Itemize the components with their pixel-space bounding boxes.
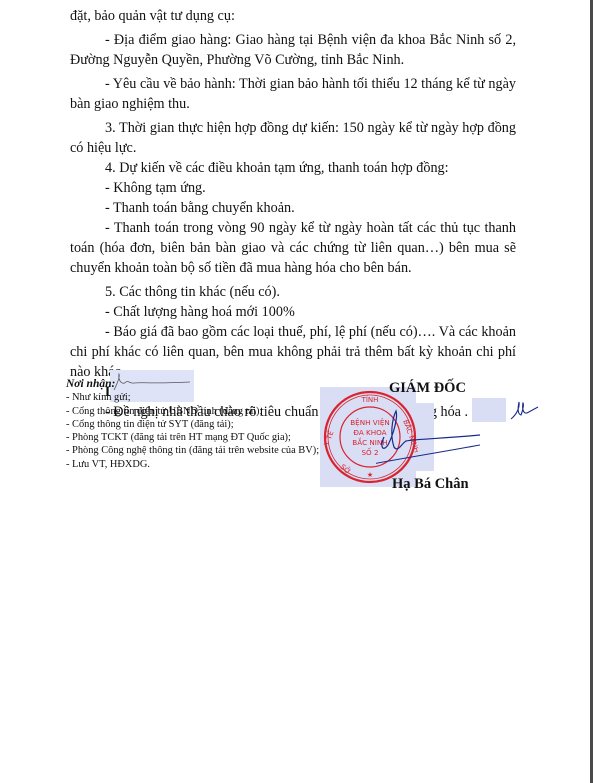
recipients-list: Nơi nhận: - Như kính gửi; - Cổng thông t… bbox=[66, 378, 336, 471]
paragraph: - Thanh toán trong vòng 90 ngày kể từ ng… bbox=[70, 218, 516, 278]
recipient-item: - Phòng Công nghệ thông tin (đăng tải tr… bbox=[66, 444, 336, 457]
paragraph: 4. Dự kiến về các điều khoản tạm ứng, th… bbox=[70, 158, 516, 178]
paragraph: đặt, bảo quản vật tư dụng cụ: bbox=[70, 6, 516, 26]
paragraph: 3. Thời gian thực hiện hợp đồng dự kiến:… bbox=[70, 118, 516, 158]
svg-text:SỞ: SỞ bbox=[339, 461, 354, 476]
svg-text:Y TẾ: Y TẾ bbox=[322, 429, 336, 448]
svg-text:TỈNH: TỈNH bbox=[361, 395, 379, 404]
paragraph: 5. Các thông tin khác (nếu có). bbox=[70, 282, 516, 302]
recipient-item: - Như kính gửi; bbox=[66, 391, 336, 404]
paragraph: - Chất lượng hàng hoá mới 100% bbox=[70, 302, 516, 322]
recipient-item: - Cổng thông tin điện tử SYT (đăng tải); bbox=[66, 418, 336, 431]
document-body: đặt, bảo quản vật tư dụng cụ: - Địa điểm… bbox=[70, 6, 516, 422]
paragraph: - Yêu cầu về bảo hành: Thời gian bảo hàn… bbox=[70, 74, 516, 114]
director-signature-icon bbox=[376, 405, 496, 475]
recipient-item: - Phòng TCKT (đăng tải trên HT mạng ĐT Q… bbox=[66, 431, 336, 444]
recipients-title: Nơi nhận: bbox=[66, 378, 336, 391]
recipient-item: - Lưu VT, HĐXDG. bbox=[66, 458, 336, 471]
director-name: Hạ Bá Chân bbox=[392, 476, 469, 493]
recipient-item: - Cổng thông tin điện tử UBND tỉnh (đăng… bbox=[66, 405, 336, 418]
paragraph: - Không tạm ứng. bbox=[70, 178, 516, 198]
paragraph: - Địa điểm giao hàng: Giao hàng tại Bệnh… bbox=[70, 30, 516, 70]
paragraph: - Thanh toán bằng chuyển khoản. bbox=[70, 198, 516, 218]
svg-text:★: ★ bbox=[367, 471, 373, 479]
